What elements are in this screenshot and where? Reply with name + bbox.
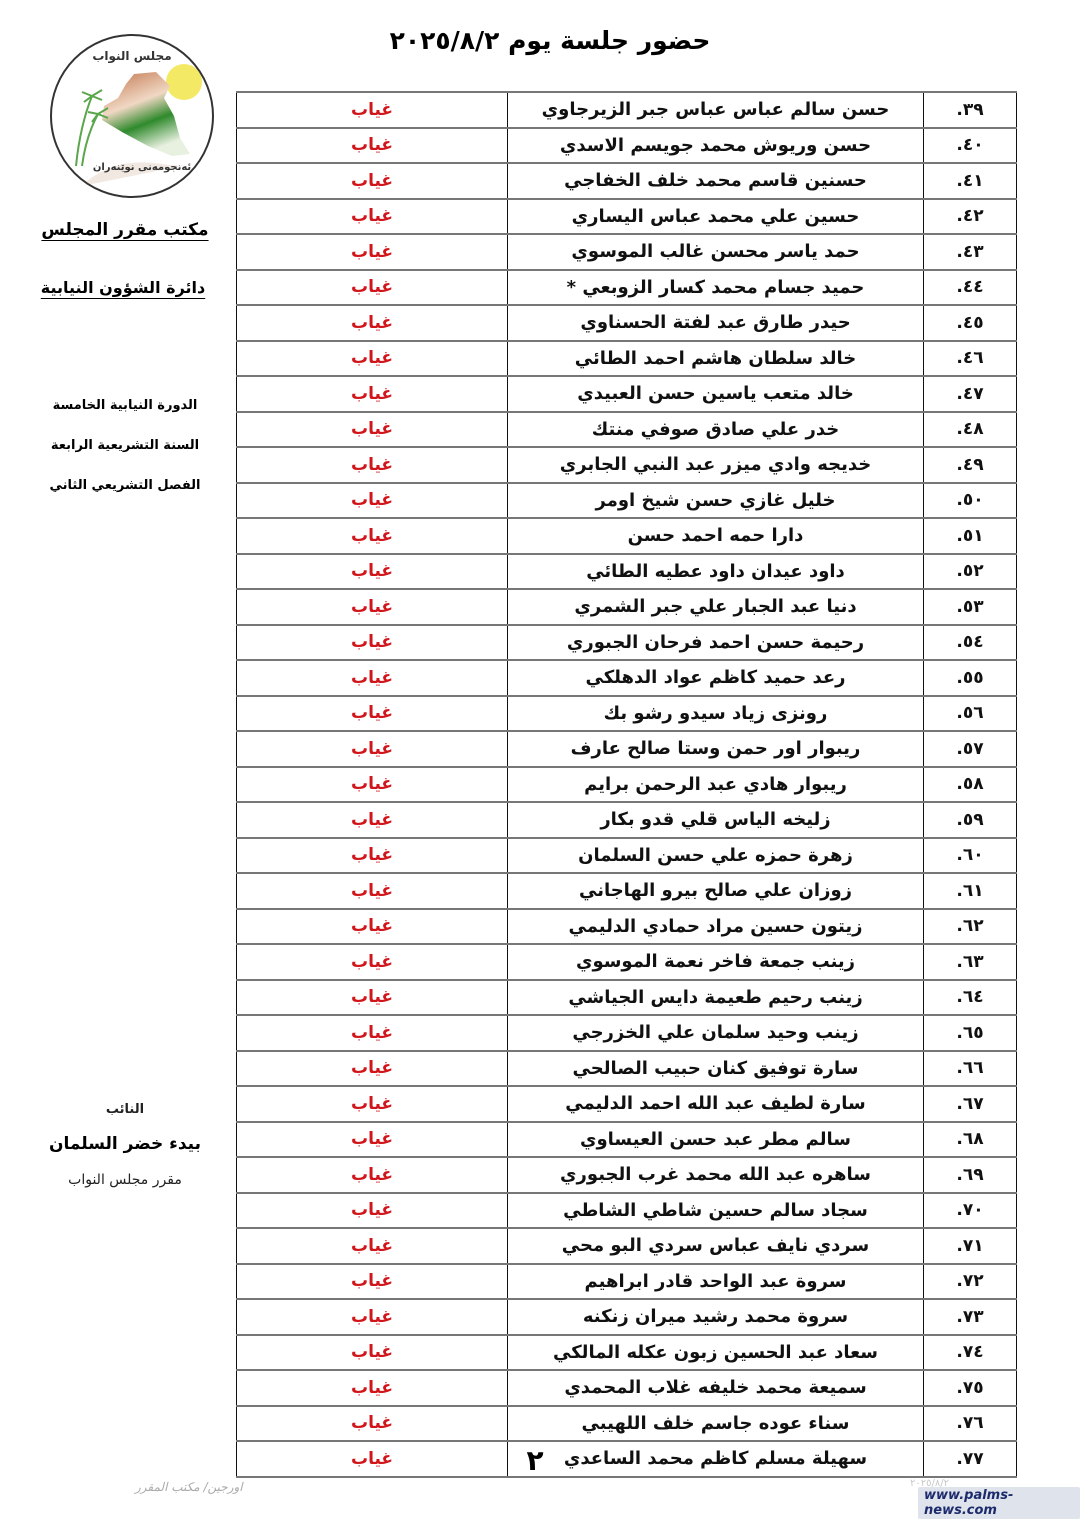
row-number: ٥٩.	[924, 802, 1017, 838]
row-number: ٧١.	[924, 1228, 1017, 1264]
attendance-status: غياب	[237, 554, 508, 590]
row-number: ٧٠.	[924, 1193, 1017, 1229]
table-row: ٧٦.سناء عوده جاسم خلف اللهيبيغياب	[237, 1406, 1017, 1442]
attendance-status: غياب	[237, 341, 508, 377]
member-name: حسين علي محمد عباس اليساري	[508, 199, 924, 235]
attendance-status: غياب	[237, 1335, 508, 1371]
member-name: حسن سالم عباس عباس جبر الزيرجاوي	[508, 92, 924, 128]
attendance-table: ٣٩.حسن سالم عباس عباس جبر الزيرجاويغياب٤…	[236, 91, 1017, 1478]
parliament-emblem-icon: مجلس النواب ئەنجومەنی نوێنەران	[52, 36, 212, 196]
row-number: ٦٠.	[924, 838, 1017, 874]
member-name: حمد ياسر محسن غالب الموسوي	[508, 234, 924, 270]
source-watermark: www.palms-news.com	[918, 1487, 1080, 1519]
table-row: ٦٣.زينب جمعة فاخر نعمة الموسويغياب	[237, 944, 1017, 980]
row-number: ٦٧.	[924, 1086, 1017, 1122]
legislative-year: السنة التشريعية الرابعة	[30, 438, 220, 453]
attendance-status: غياب	[237, 767, 508, 803]
member-name: سارة لطيف عبد الله احمد الدليمي	[508, 1086, 924, 1122]
attendance-status: غياب	[237, 589, 508, 625]
table-row: ٥٧.ريبوار اور حمن وستا صالح عارفغياب	[237, 731, 1017, 767]
member-name: دنيا عبد الجبار علي جبر الشمري	[508, 589, 924, 625]
attendance-status: غياب	[237, 412, 508, 448]
row-number: ٥٧.	[924, 731, 1017, 767]
row-number: ٥٣.	[924, 589, 1017, 625]
attendance-status: غياب	[237, 270, 508, 306]
member-name: سناء عوده جاسم خلف اللهيبي	[508, 1406, 924, 1442]
table-row: ٥١.دارا حمه احمد حسنغياب	[237, 518, 1017, 554]
member-name: سروة عبد الواحد قادر ابراهيم	[508, 1264, 924, 1300]
member-name: خالد سلطان هاشم احمد الطائي	[508, 341, 924, 377]
row-number: ٤١.	[924, 163, 1017, 199]
row-number: ٤٩.	[924, 447, 1017, 483]
attendance-status: غياب	[237, 873, 508, 909]
row-number: ٤٤.	[924, 270, 1017, 306]
row-number: ٥٠.	[924, 483, 1017, 519]
member-name: زهرة حمزه علي حسن السلمان	[508, 838, 924, 874]
table-row: ٦١.زوزان علي صالح بيرو الهاجانيغياب	[237, 873, 1017, 909]
page-title: حضور جلسة يوم ٢٠٢٥/٨/٢	[380, 26, 720, 55]
table-row: ٥٠.خليل غازي حسن شيخ اومرغياب	[237, 483, 1017, 519]
member-name: زيتون حسين مراد حمادي الدليمي	[508, 909, 924, 945]
member-name: خالد متعب ياسين حسن العبيدي	[508, 376, 924, 412]
member-name: رحيمة حسن احمد فرحان الجبوري	[508, 625, 924, 661]
table-row: ٥٢.داود عيدان داود عطيه الطائيغياب	[237, 554, 1017, 590]
table-row: ٤٦.خالد سلطان هاشم احمد الطائيغياب	[237, 341, 1017, 377]
origin-note: اورجين/ مكتب المقرر	[135, 1480, 243, 1494]
member-name: رعد حميد كاظم عواد الدهلكي	[508, 660, 924, 696]
row-number: ٧٣.	[924, 1299, 1017, 1335]
attendance-status: غياب	[237, 1086, 508, 1122]
row-number: ٧٤.	[924, 1335, 1017, 1371]
table-row: ٥٣.دنيا عبد الجبار علي جبر الشمريغياب	[237, 589, 1017, 625]
row-number: ٦١.	[924, 873, 1017, 909]
table-row: ٧١.سردي نايف عباس سردي البو محيغياب	[237, 1228, 1017, 1264]
member-name: سروة محمد رشيد ميران زنكنه	[508, 1299, 924, 1335]
row-number: ٦٩.	[924, 1157, 1017, 1193]
row-number: ٥٨.	[924, 767, 1017, 803]
row-number: ٣٩.	[924, 92, 1017, 128]
attendance-status: غياب	[237, 199, 508, 235]
attendance-status: غياب	[237, 980, 508, 1016]
attendance-status: غياب	[237, 1406, 508, 1442]
table-row: ٤٨.خدر علي صادق صوفي منتكغياب	[237, 412, 1017, 448]
attendance-status: غياب	[237, 1299, 508, 1335]
row-number: ٦٥.	[924, 1015, 1017, 1051]
member-name: زينب وحيد سلمان علي الخزرجي	[508, 1015, 924, 1051]
table-row: ٥٤.رحيمة حسن احمد فرحان الجبوريغياب	[237, 625, 1017, 661]
table-row: ٧٧.سهيلة مسلم كاظم محمد الساعديغياب	[237, 1441, 1017, 1477]
table-row: ٧٠.سجاد سالم حسين شاطي الشاطيغياب	[237, 1193, 1017, 1229]
member-name: حسنين قاسم محمد خلف الخفاجي	[508, 163, 924, 199]
row-number: ٧٥.	[924, 1370, 1017, 1406]
member-name: زوزان علي صالح بيرو الهاجاني	[508, 873, 924, 909]
attendance-status: غياب	[237, 447, 508, 483]
attendance-status: غياب	[237, 909, 508, 945]
row-number: ٤٣.	[924, 234, 1017, 270]
table-row: ٦٢.زيتون حسين مراد حمادي الدليميغياب	[237, 909, 1017, 945]
member-name: حيدر طارق عبد لفتة الحسناوي	[508, 305, 924, 341]
row-number: ٦٦.	[924, 1051, 1017, 1087]
attendance-status: غياب	[237, 1157, 508, 1193]
member-name: داود عيدان داود عطيه الطائي	[508, 554, 924, 590]
svg-text:ئەنجومەنی نوێنەران: ئەنجومەنی نوێنەران	[93, 162, 191, 173]
row-number: ٤٨.	[924, 412, 1017, 448]
attendance-status: غياب	[237, 1264, 508, 1300]
table-row: ٧٤.سعاد عبد الحسين زبون عكله المالكيغياب	[237, 1335, 1017, 1371]
row-number: ٥٤.	[924, 625, 1017, 661]
table-row: ٦٠.زهرة حمزه علي حسن السلمانغياب	[237, 838, 1017, 874]
signatory-name: بيدء خضر السلمان	[30, 1134, 220, 1154]
table-row: ٦٧.سارة لطيف عبد الله احمد الدليميغياب	[237, 1086, 1017, 1122]
attendance-status: غياب	[237, 1015, 508, 1051]
table-row: ٤٧.خالد متعب ياسين حسن العبيديغياب	[237, 376, 1017, 412]
signatory-title: مقرر مجلس النواب	[30, 1172, 220, 1188]
attendance-status: غياب	[237, 376, 508, 412]
table-row: ٦٨.سالم مطر عبد حسن العيساويغياب	[237, 1122, 1017, 1158]
legislative-session: الفصل التشريعي الثاني	[30, 478, 220, 493]
attendance-status: غياب	[237, 1122, 508, 1158]
attendance-status: غياب	[237, 128, 508, 164]
member-name: ريبوار هادي عبد الرحمن برايم	[508, 767, 924, 803]
row-number: ٧٢.	[924, 1264, 1017, 1300]
table-row: ٤٢.حسين علي محمد عباس اليساريغياب	[237, 199, 1017, 235]
attendance-status: غياب	[237, 483, 508, 519]
attendance-status: غياب	[237, 92, 508, 128]
row-number: ٧٧.	[924, 1441, 1017, 1477]
attendance-status: غياب	[237, 163, 508, 199]
table-row: ٥٦.رونزى زياد سيدو رشو بكغياب	[237, 696, 1017, 732]
member-name: سميعة محمد خليفه غلاب المحمدي	[508, 1370, 924, 1406]
table-row: ٥٨.ريبوار هادي عبد الرحمن برايمغياب	[237, 767, 1017, 803]
attendance-status: غياب	[237, 625, 508, 661]
attendance-status: غياب	[237, 1370, 508, 1406]
table-row: ٦٩.ساهره عبد الله محمد غرب الجبوريغياب	[237, 1157, 1017, 1193]
table-row: ٦٤.زينب رحيم طعيمة دايس الجياشيغياب	[237, 980, 1017, 1016]
table-row: ٥٥.رعد حميد كاظم عواد الدهلكيغياب	[237, 660, 1017, 696]
signatory-role: النائب	[30, 1102, 220, 1117]
row-number: ٤٥.	[924, 305, 1017, 341]
member-name: ساهره عبد الله محمد غرب الجبوري	[508, 1157, 924, 1193]
member-name: ريبوار اور حمن وستا صالح عارف	[508, 731, 924, 767]
page-number: ٢	[520, 1444, 550, 1477]
member-name: حسن وريوش محمد جويسم الاسدي	[508, 128, 924, 164]
table-row: ٤١.حسنين قاسم محمد خلف الخفاجيغياب	[237, 163, 1017, 199]
row-number: ٥٥.	[924, 660, 1017, 696]
attendance-status: غياب	[237, 1193, 508, 1229]
member-name: دارا حمه احمد حسن	[508, 518, 924, 554]
member-name: سعاد عبد الحسين زبون عكله المالكي	[508, 1335, 924, 1371]
table-row: ٧٥.سميعة محمد خليفه غلاب المحمديغياب	[237, 1370, 1017, 1406]
table-row: ٤٩.خديجه وادي ميزر عبد النبي الجابريغياب	[237, 447, 1017, 483]
attendance-status: غياب	[237, 838, 508, 874]
table-row: ٤٥.حيدر طارق عبد لفتة الحسناويغياب	[237, 305, 1017, 341]
attendance-status: غياب	[237, 1441, 508, 1477]
attendance-status: غياب	[237, 696, 508, 732]
member-name: زينب رحيم طعيمة دايس الجياشي	[508, 980, 924, 1016]
attendance-status: غياب	[237, 518, 508, 554]
row-number: ٥١.	[924, 518, 1017, 554]
table-row: ٣٩.حسن سالم عباس عباس جبر الزيرجاويغياب	[237, 92, 1017, 128]
table-row: ٥٩.زليخه الياس قلي قدو بكارغياب	[237, 802, 1017, 838]
member-name: زليخه الياس قلي قدو بكار	[508, 802, 924, 838]
row-number: ٦٨.	[924, 1122, 1017, 1158]
attendance-status: غياب	[237, 802, 508, 838]
svg-text:مجلس النواب: مجلس النواب	[92, 49, 171, 64]
member-name: سهيلة مسلم كاظم محمد الساعدي	[508, 1441, 924, 1477]
attendance-status: غياب	[237, 944, 508, 980]
parliament-logo: مجلس النواب ئەنجومەنی نوێنەران	[50, 34, 214, 198]
attendance-status: غياب	[237, 305, 508, 341]
table-row: ٧٣.سروة محمد رشيد ميران زنكنهغياب	[237, 1299, 1017, 1335]
member-name: حميد جسام محمد كسار الزوبعي *	[508, 270, 924, 306]
row-number: ٤٠.	[924, 128, 1017, 164]
row-number: ٦٢.	[924, 909, 1017, 945]
table-row: ٤٣.حمد ياسر محسن غالب الموسويغياب	[237, 234, 1017, 270]
row-number: ٤٧.	[924, 376, 1017, 412]
table-row: ٦٦.سارة توفيق كنان حبيب الصالحيغياب	[237, 1051, 1017, 1087]
table-row: ٤٤.حميد جسام محمد كسار الزوبعي *غياب	[237, 270, 1017, 306]
member-name: سارة توفيق كنان حبيب الصالحي	[508, 1051, 924, 1087]
member-name: سالم مطر عبد حسن العيساوي	[508, 1122, 924, 1158]
member-name: سجاد سالم حسين شاطي الشاطي	[508, 1193, 924, 1229]
member-name: خليل غازي حسن شيخ اومر	[508, 483, 924, 519]
member-name: سردي نايف عباس سردي البو محي	[508, 1228, 924, 1264]
row-number: ٦٤.	[924, 980, 1017, 1016]
attendance-status: غياب	[237, 234, 508, 270]
member-name: خديجه وادي ميزر عبد النبي الجابري	[508, 447, 924, 483]
attendance-status: غياب	[237, 731, 508, 767]
member-name: رونزى زياد سيدو رشو بك	[508, 696, 924, 732]
department-heading: دائرة الشؤون النيابية	[28, 278, 218, 297]
office-heading: مكتب مقرر المجلس	[30, 220, 220, 240]
row-number: ٧٦.	[924, 1406, 1017, 1442]
attendance-status: غياب	[237, 660, 508, 696]
member-name: زينب جمعة فاخر نعمة الموسوي	[508, 944, 924, 980]
row-number: ٤٦.	[924, 341, 1017, 377]
row-number: ٥٢.	[924, 554, 1017, 590]
row-number: ٦٣.	[924, 944, 1017, 980]
parliamentary-term: الدورة النيابية الخامسة	[30, 398, 220, 413]
row-number: ٥٦.	[924, 696, 1017, 732]
member-name: خدر علي صادق صوفي منتك	[508, 412, 924, 448]
table-row: ٦٥.زينب وحيد سلمان علي الخزرجيغياب	[237, 1015, 1017, 1051]
table-row: ٧٢.سروة عبد الواحد قادر ابراهيمغياب	[237, 1264, 1017, 1300]
attendance-status: غياب	[237, 1051, 508, 1087]
table-row: ٤٠.حسن وريوش محمد جويسم الاسديغياب	[237, 128, 1017, 164]
attendance-status: غياب	[237, 1228, 508, 1264]
row-number: ٤٢.	[924, 199, 1017, 235]
